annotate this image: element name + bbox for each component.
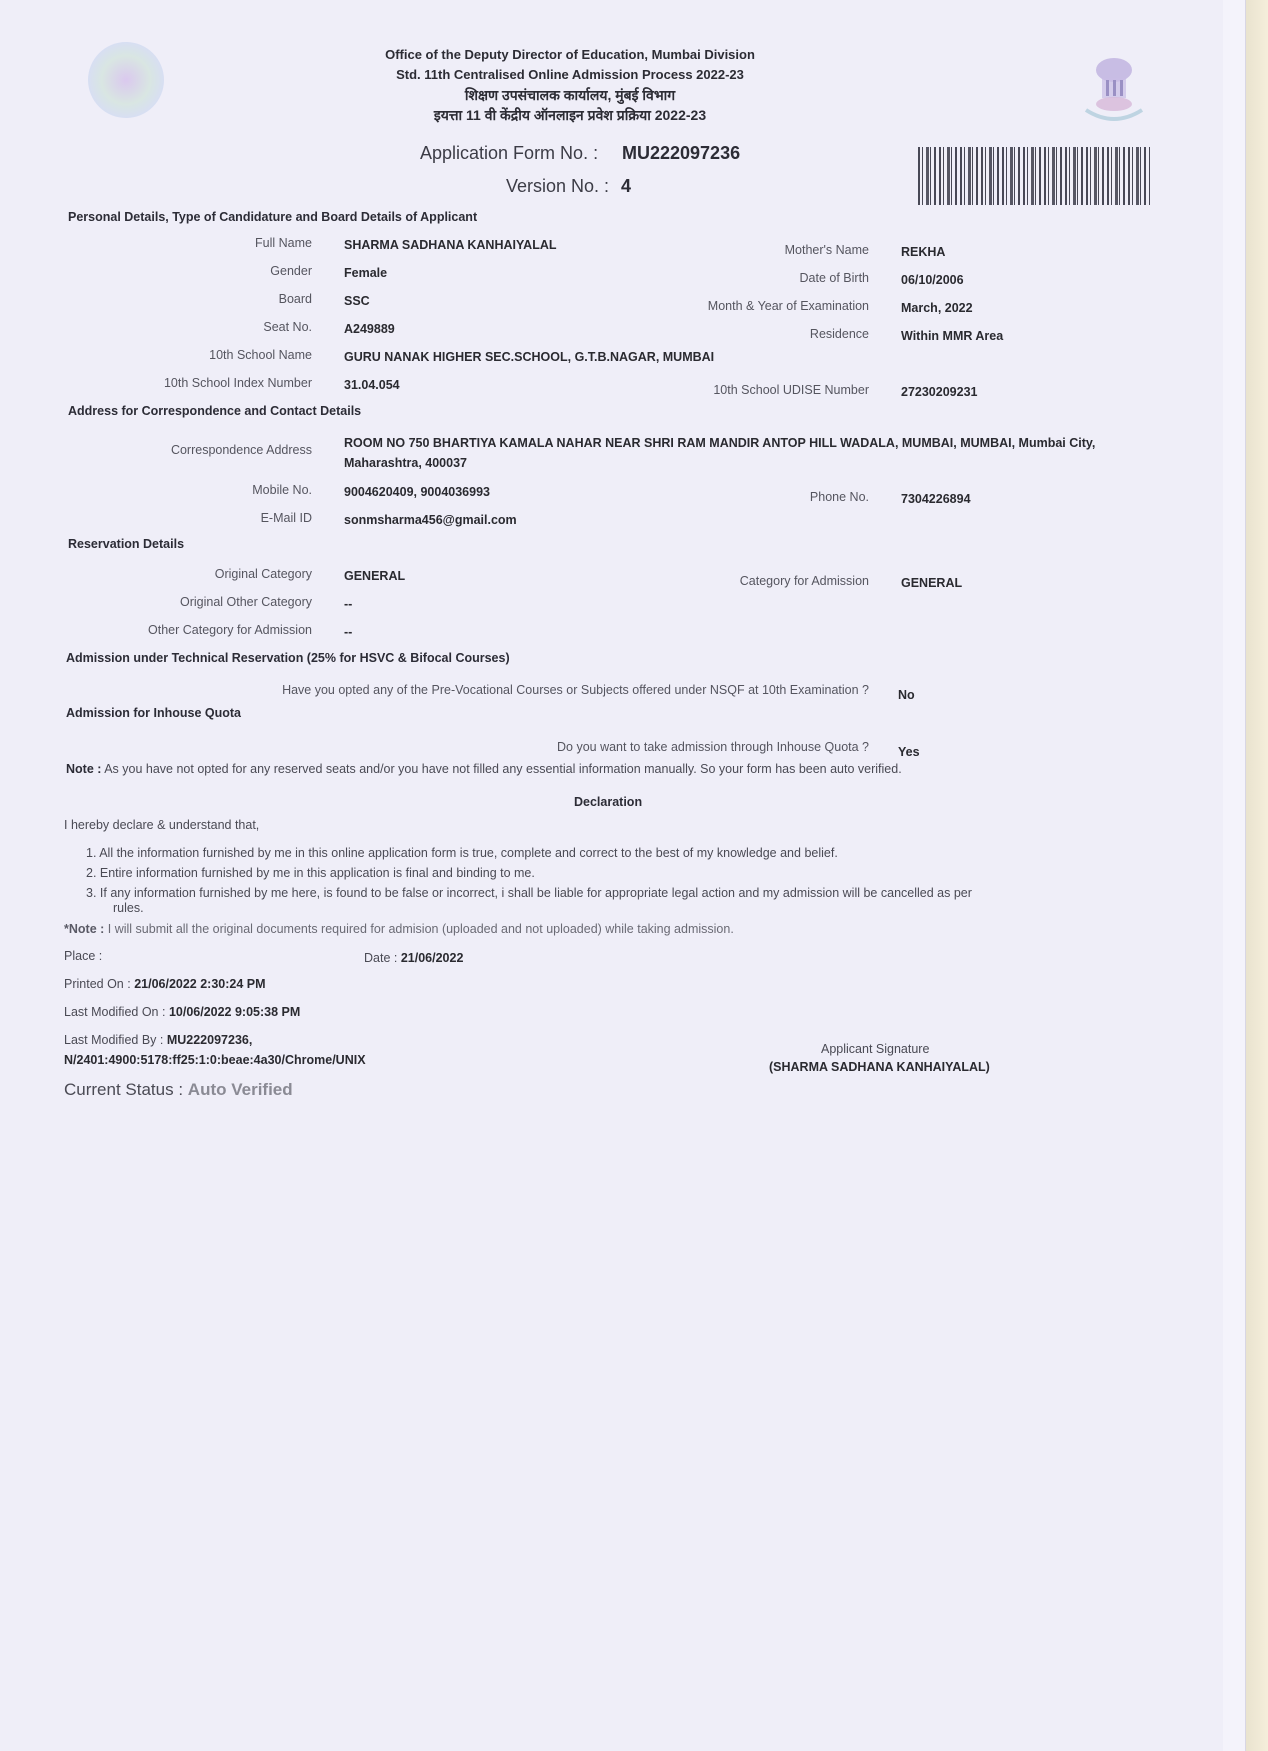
address-line1: ROOM NO 750 BHARTIYA KAMALA NAHAR NEAR S…	[344, 436, 1095, 450]
school-index-label: 10th School Index Number	[164, 376, 312, 390]
signature-name: (SHARMA SADHANA KANHAIYALAL)	[769, 1060, 990, 1074]
declaration-heading: Declaration	[574, 795, 642, 809]
signature-label: Applicant Signature	[821, 1042, 929, 1056]
last-modified-by-value: MU222097236,	[167, 1033, 252, 1047]
version-number: 4	[621, 176, 631, 197]
declaration-item-3-cont: rules.	[113, 901, 144, 915]
phone-label: Phone No.	[810, 490, 869, 504]
mother-name-label: Mother's Name	[785, 243, 869, 257]
date-value: 21/06/2022	[401, 951, 464, 965]
dob-label: Date of Birth	[800, 271, 869, 285]
original-other-category-value: --	[344, 597, 352, 611]
last-modified-by-device: N/2401:4900:5178:ff25:1:0:beae:4a30/Chro…	[64, 1053, 366, 1067]
residence-label: Residence	[810, 327, 869, 341]
phone-value: 7304226894	[901, 492, 971, 506]
printed-on-value: 21/06/2022 2:30:24 PM	[134, 977, 265, 991]
contact-details-heading: Address for Correspondence and Contact D…	[68, 404, 361, 418]
exam-month-value: March, 2022	[901, 301, 973, 315]
udise-label: 10th School UDISE Number	[713, 383, 869, 397]
residence-value: Within MMR Area	[901, 329, 1003, 343]
education-department-logo-icon	[88, 42, 164, 118]
documents-note-label: *Note :	[64, 922, 104, 936]
full-name-label: Full Name	[255, 236, 312, 250]
current-status: Current Status : Auto Verified	[64, 1080, 293, 1100]
nsqf-answer: No	[898, 688, 915, 702]
process-title-marathi: इयत्ता 11 वी केंद्रीय ऑनलाइन प्रवेश प्रक…	[340, 106, 800, 125]
inhouse-quota-heading: Admission for Inhouse Quota	[66, 706, 241, 720]
technical-reservation-heading: Admission under Technical Reservation (2…	[66, 651, 510, 665]
category-admission-label: Category for Admission	[740, 574, 869, 588]
address-line2: Maharashtra, 400037	[344, 456, 467, 470]
school-name-label: 10th School Name	[209, 348, 312, 362]
printed-on-label: Printed On :	[64, 977, 131, 991]
gender-label: Gender	[270, 264, 312, 278]
application-form-number: MU222097236	[622, 143, 740, 164]
date-label: Date :	[364, 951, 397, 965]
last-modified-by: Last Modified By : MU222097236,	[64, 1033, 252, 1047]
inhouse-question: Do you want to take admission through In…	[557, 740, 869, 754]
email-label: E-Mail ID	[261, 511, 312, 525]
full-name-value: SHARMA SADHANA KANHAIYALAL	[344, 238, 557, 252]
original-category-label: Original Category	[215, 567, 312, 581]
current-status-value: Auto Verified	[188, 1080, 293, 1099]
version-label: Version No. :	[506, 176, 609, 197]
place-label: Place :	[64, 949, 102, 963]
last-modified-by-label: Last Modified By :	[64, 1033, 163, 1047]
scan-edge	[1246, 0, 1268, 1751]
exam-month-label: Month & Year of Examination	[708, 299, 869, 313]
application-form-label: Application Form No. :	[420, 143, 598, 164]
documents-note: *Note : I will submit all the original d…	[64, 922, 734, 936]
printed-on: Printed On : 21/06/2022 2:30:24 PM	[64, 977, 266, 991]
category-admission-value: GENERAL	[901, 576, 962, 590]
auto-verified-note: Note : As you have not opted for any res…	[66, 762, 902, 776]
mobile-label: Mobile No.	[252, 483, 312, 497]
note-label: Note :	[66, 762, 101, 776]
personal-details-heading: Personal Details, Type of Candidature an…	[68, 210, 477, 224]
email-value: sonmsharma456@gmail.com	[344, 513, 517, 527]
school-index-value: 31.04.054	[344, 378, 400, 392]
board-value: SSC	[344, 294, 370, 308]
mobile-value: 9004620409, 9004036993	[344, 485, 490, 499]
board-label: Board	[279, 292, 312, 306]
seat-no-value: A249889	[344, 322, 395, 336]
office-title-marathi: शिक्षण उपसंचालक कार्यालय, मुंबई विभाग	[340, 86, 800, 105]
documents-note-text: I will submit all the original documents…	[108, 922, 734, 936]
reservation-heading: Reservation Details	[68, 537, 184, 551]
date-field: Date : 21/06/2022	[364, 951, 463, 965]
office-title: Office of the Deputy Director of Educati…	[340, 47, 800, 62]
current-status-label: Current Status :	[64, 1080, 183, 1099]
declaration-intro: I hereby declare & understand that,	[64, 818, 259, 832]
original-other-category-label: Original Other Category	[180, 595, 312, 609]
admission-form-page: Office of the Deputy Director of Educati…	[0, 0, 1246, 1751]
address-label: Correspondence Address	[171, 443, 312, 457]
last-modified-on-label: Last Modified On :	[64, 1005, 165, 1019]
dob-value: 06/10/2006	[901, 273, 964, 287]
other-category-admission-value: --	[344, 625, 352, 639]
process-title: Std. 11th Centralised Online Admission P…	[340, 67, 800, 82]
seat-no-label: Seat No.	[263, 320, 312, 334]
udise-value: 27230209231	[901, 385, 977, 399]
declaration-item-3: 3. If any information furnished by me he…	[86, 886, 972, 900]
school-name-value: GURU NANAK HIGHER SEC.SCHOOL, G.T.B.NAGA…	[344, 350, 714, 364]
mother-name-value: REKHA	[901, 245, 945, 259]
declaration-item-1: 1. All the information furnished by me i…	[86, 846, 838, 860]
declaration-item-2: 2. Entire information furnished by me in…	[86, 866, 535, 880]
last-modified-on-value: 10/06/2022 9:05:38 PM	[169, 1005, 300, 1019]
barcode-icon	[918, 147, 1150, 205]
last-modified-on: Last Modified On : 10/06/2022 9:05:38 PM	[64, 1005, 300, 1019]
other-category-admission-label: Other Category for Admission	[148, 623, 312, 637]
nsqf-question: Have you opted any of the Pre-Vocational…	[282, 683, 869, 697]
gender-value: Female	[344, 266, 387, 280]
note-text: As you have not opted for any reserved s…	[104, 762, 901, 776]
national-emblem-icon	[1078, 52, 1150, 130]
inhouse-answer: Yes	[898, 745, 920, 759]
original-category-value: GENERAL	[344, 569, 405, 583]
